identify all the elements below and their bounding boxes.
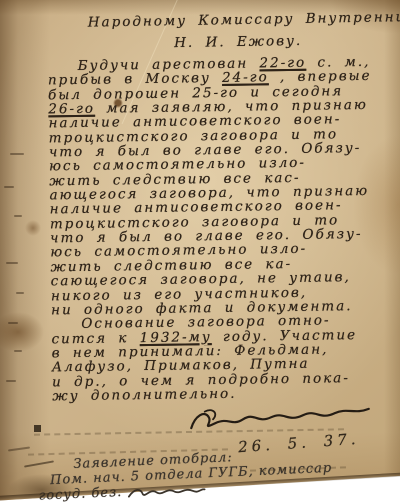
ink-dash: [6, 380, 16, 382]
ink-dash: [10, 153, 24, 155]
letter-body: Будучи арестован 22-го с. м.,прибыв в Мо…: [48, 55, 391, 404]
ink-dash: [16, 292, 24, 294]
ink-blot: [34, 425, 41, 432]
letter-photograph: Народному Комиссару Внутренних Дел Н. И.…: [0, 0, 400, 502]
letter-text: жу дополнительно.: [52, 386, 236, 405]
ink-dash: [8, 322, 18, 324]
official-signature: [126, 481, 207, 500]
letter-header: Народному Комиссару Внутренних Дел Н. И.…: [88, 9, 389, 52]
receipt-note-text: госуд. без.: [38, 486, 122, 502]
ink-dash: [4, 186, 14, 188]
ink-dash: [14, 215, 22, 217]
ink-dash: [14, 350, 22, 352]
ink-dash: [6, 262, 18, 264]
